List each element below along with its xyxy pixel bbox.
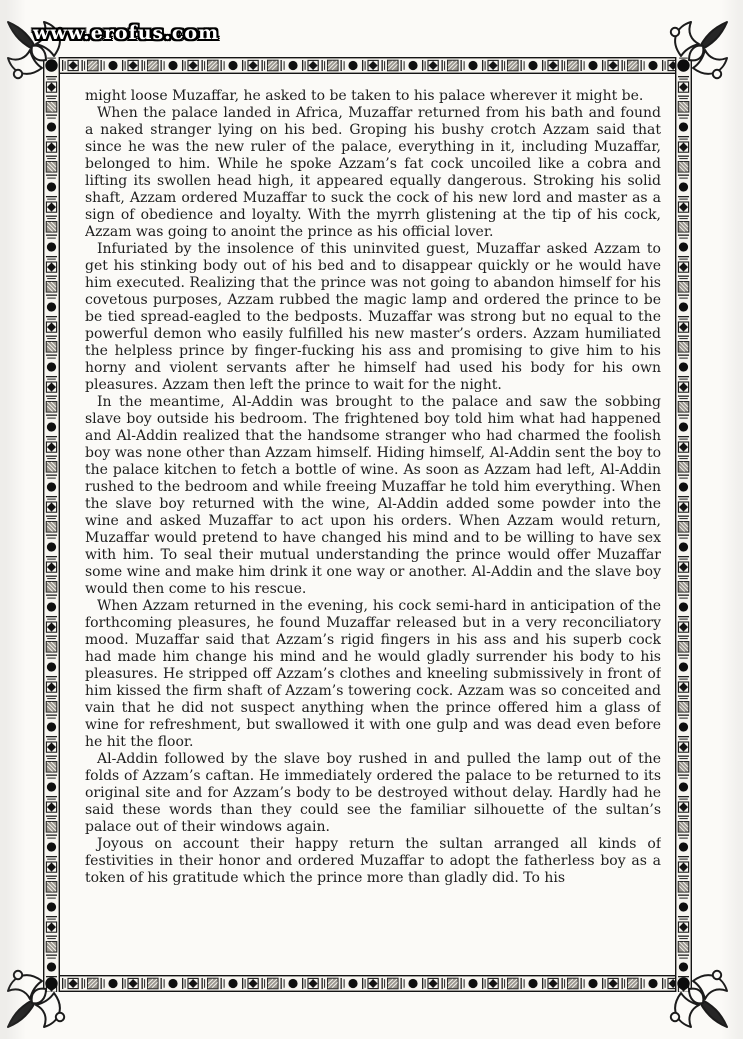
paragraph-6: Al-Addin followed by the slave boy rushe… xyxy=(85,751,661,836)
paragraph-5: When Azzam returned in the evening, his … xyxy=(85,598,661,751)
paragraph-7: Joyous on account their happy return the… xyxy=(85,836,661,887)
story-text: might loose Muzaffar, he asked to be tak… xyxy=(85,88,661,968)
paragraph-3: Infuriated by the insolence of this unin… xyxy=(85,241,661,394)
paragraph-1: might loose Muzaffar, he asked to be tak… xyxy=(85,88,661,105)
paragraph-2: When the palace landed in Africa, Muzaff… xyxy=(85,105,661,241)
scanned-book-page: www.erofus.com might loose Muzaffar, he … xyxy=(0,0,743,1039)
watermark: www.erofus.com xyxy=(33,22,219,44)
paragraph-4: In the meantime, Al-Addin was brought to… xyxy=(85,394,661,598)
